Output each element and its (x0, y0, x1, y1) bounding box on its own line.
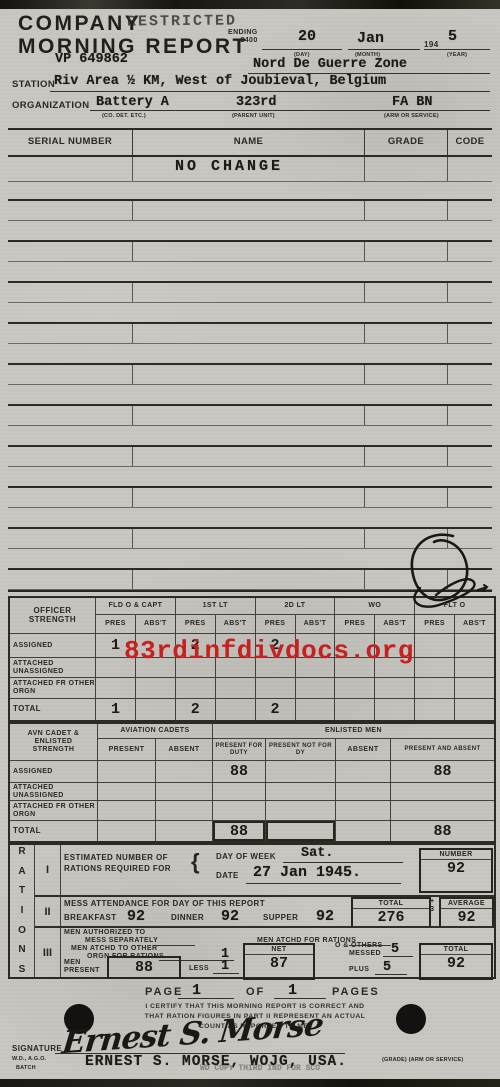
brace: { (191, 849, 200, 875)
pages-label: PAGES (332, 986, 380, 999)
group-aviation-cadets: AVIATION CADETS (120, 727, 189, 735)
net-value: 87 (245, 955, 313, 973)
pages-number: 1 (288, 982, 297, 999)
rations-row-1: ESTIMATED NUMBER OF RATIONS REQUIRED FOR… (61, 845, 494, 895)
officer-row-attached-fr: ATTACHED FR OTHER ORGN (10, 677, 95, 698)
number-box: NUMBER 92 (419, 848, 493, 893)
rations-row-2: MESS ATTENDANCE FOR DAY OF THIS REPORT B… (61, 895, 494, 926)
officer-row-total: TOTAL (10, 698, 95, 720)
sub-arm: (ARM OR SERVICE) (384, 113, 439, 119)
col-serial-number: SERIAL NUMBER (8, 130, 133, 155)
rations-number-value: 92 (421, 860, 491, 878)
sub-parent: (PARENT UNIT) (232, 113, 275, 119)
report-day: 20 (298, 28, 316, 45)
less-value: 1 (221, 959, 229, 974)
enlisted-row-total: TOTAL (10, 820, 97, 841)
group-1st-lt: 1ST LT (203, 602, 228, 610)
org-underline (90, 110, 490, 111)
station-label: STATION (12, 80, 55, 91)
roster-empty-row (8, 199, 492, 240)
sub-year: (YEAR) (447, 52, 467, 58)
men-present-value: 88 (135, 959, 153, 976)
rations-section: R A T I O N S I ESTIMATED NUMBER OF RATI… (8, 843, 496, 979)
rations-date-value: 27 Jan 1945. (253, 864, 361, 881)
net-box: NET 87 (243, 943, 315, 980)
roster-spacer (8, 182, 492, 199)
ending-label: ENDING 2400 (228, 29, 258, 45)
rations-row-3: MEN AUTHORIZED TO MESS SEPARATELY MEN AT… (61, 926, 494, 977)
day-of-week-value: Sat. (301, 846, 333, 861)
rations-total-value: 92 (421, 955, 491, 973)
roster-empty-row (8, 322, 492, 363)
dinner-value: 92 (221, 908, 239, 925)
report-month: Jan (357, 30, 384, 47)
breakfast-value: 92 (127, 908, 145, 925)
enlisted-strength-table: AVN CADET & ENLISTED STRENGTH AVIATION C… (8, 722, 496, 843)
col-name: NAME (133, 130, 365, 155)
roster-empty-row (8, 486, 492, 527)
roster-header-row: SERIAL NUMBER NAME GRADE CODE (8, 128, 492, 157)
org-unit-value: Battery A (96, 95, 169, 110)
page-label: PAGE (145, 986, 183, 999)
col-code: CODE (448, 130, 492, 155)
rations-numeral-1: I (35, 845, 61, 895)
signature-label: SIGNATURE (12, 1044, 62, 1053)
rations-side-letters: R A T I O N S (10, 845, 35, 977)
rations-numeral-2: II (35, 895, 61, 926)
enlisted-row-attached-fr: ATTACHED FR OTHER ORGN (10, 800, 97, 820)
form-fine-print-1: W.D., A.G.O. (12, 1056, 46, 1062)
mess-average-box: AVERAGE 92 (439, 897, 494, 928)
officer-strength-label: OFFICER STRENGTH (10, 598, 95, 633)
form-fine-print-2: BATCH (16, 1065, 36, 1071)
officer-strength-table: OFFICER STRENGTH FLD O & CAPT 1ST LT 2D … (8, 596, 496, 722)
o-others-value: 5 (391, 942, 399, 957)
sub-unit: (CO. DET. ETC.) (102, 113, 146, 119)
rations-total-box: TOTAL 92 (419, 943, 493, 980)
org-arm-value: FA BN (392, 95, 433, 110)
report-year: 5 (448, 28, 457, 45)
year-printed: 194 (424, 40, 439, 49)
divide-by-three: + 3 (430, 898, 435, 914)
roster-empty-row (8, 240, 492, 281)
station-underline (50, 91, 490, 92)
mess-total-box: TOTAL 276 (351, 897, 431, 928)
page-number: 1 (192, 982, 201, 999)
grade-arm-fine-print: (GRADE) (ARM OR SERVICE) (382, 1057, 463, 1063)
group-enlisted-men: ENLISTED MEN (325, 727, 382, 735)
roster-empty-row (8, 281, 492, 322)
mess-total-value: 276 (353, 909, 429, 927)
day-underline (262, 49, 342, 50)
supper-value: 92 (316, 908, 334, 925)
group-2d-lt: 2D LT (285, 602, 306, 610)
officer-row-attached-unassigned: ATTACHED UNASSIGNED (10, 657, 95, 677)
org-parent-value: 323rd (236, 95, 277, 110)
overstrike-text: WD COPY THIRD IND FOR SCO (200, 1064, 320, 1073)
enlisted-row-attached-unassigned: ATTACHED UNASSIGNED (10, 782, 97, 800)
roster-entry-row: NO CHANGE (8, 157, 492, 182)
roster-empty-row (8, 404, 492, 445)
month-underline (348, 49, 420, 50)
men-present-box: 88 (107, 956, 181, 979)
form-title-line2: MORNING REPORT (18, 36, 248, 59)
roster-empty-row (8, 445, 492, 486)
group-wo: WO (368, 602, 381, 610)
pen-scribble (398, 528, 490, 614)
roster-empty-row (8, 363, 492, 404)
enlisted-row-assigned: ASSIGNED (10, 760, 97, 782)
morning-report-scan: COMPANY MORNING REPORT RESTRICTED ENDING… (0, 0, 500, 1087)
hole-punch-right (396, 1004, 426, 1034)
group-fldo-capt: FLD O & CAPT (109, 602, 163, 610)
rations-numeral-3: III (35, 926, 61, 977)
station-value: Riv Area ½ KM, West of Joubieval, Belgiu… (54, 74, 386, 89)
report-serial: VP 649862 (55, 52, 128, 67)
year-underline (424, 49, 490, 50)
officer-row-assigned: ASSIGNED (10, 633, 95, 657)
mess-average-value: 92 (441, 909, 492, 927)
plus-value: 5 (383, 960, 391, 975)
enlisted-strength-label: AVN CADET & ENLISTED STRENGTH (10, 724, 97, 760)
zone-value: Nord De Guerre Zone (253, 57, 407, 72)
restricted-stamp: RESTRICTED (127, 13, 237, 31)
no-change-entry: NO CHANGE (175, 158, 283, 175)
of-label: OF (246, 986, 265, 999)
col-grade: GRADE (365, 130, 448, 155)
scan-edge-top (0, 0, 500, 9)
scan-edge-bottom (0, 1079, 500, 1087)
organization-label: ORGANIZATION (12, 101, 89, 112)
